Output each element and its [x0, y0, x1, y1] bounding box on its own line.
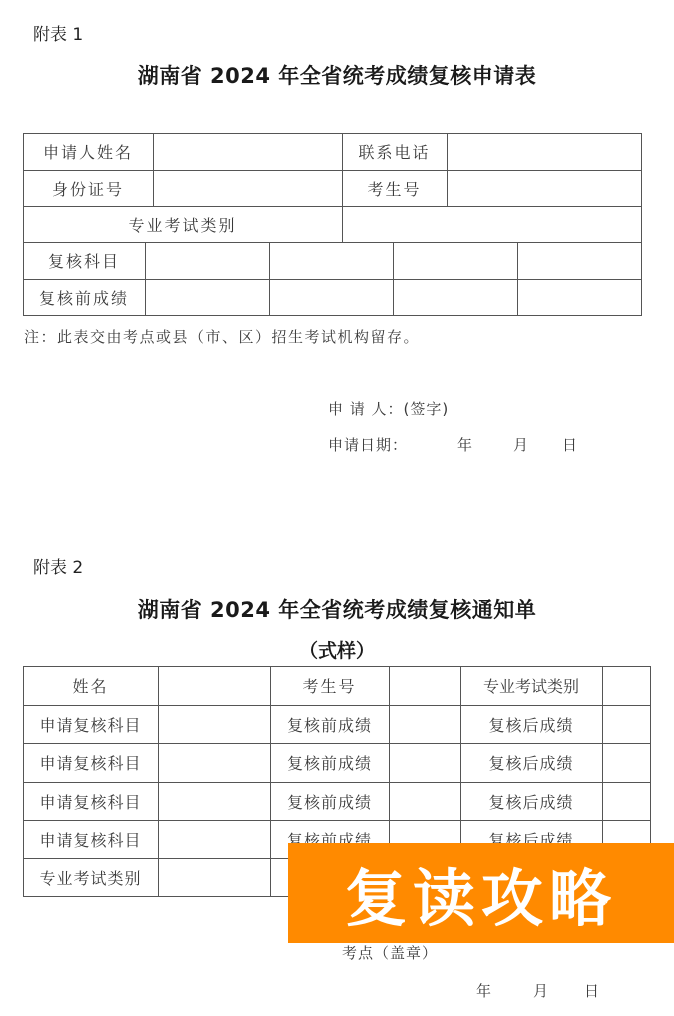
notice-date-year: 年: [476, 980, 492, 1001]
notice-name-field[interactable]: [159, 667, 270, 705]
notice-pre-score-label: 复核前成绩: [270, 782, 389, 820]
notice-review-subject-label: 申请复核科目: [23, 705, 158, 743]
notice-name-label: 姓名: [23, 666, 158, 705]
notice-major-category-field[interactable]: [603, 667, 650, 705]
notice-major-category-label: 专业考试类别: [460, 666, 602, 705]
notice-review-subject-field[interactable]: [159, 706, 270, 743]
notice-pre-score-field[interactable]: [390, 783, 460, 820]
notice-last-major-category-label: 专业考试类别: [23, 858, 158, 896]
notice-date-day: 日: [584, 980, 600, 1001]
notice-review-subject-label: 申请复核科目: [23, 743, 158, 782]
notice-post-score-label: 复核后成绩: [460, 705, 602, 743]
notice-exam-number-field[interactable]: [390, 667, 460, 705]
notice-post-score-label: 复核后成绩: [460, 743, 602, 782]
exam-site-stamp-label: 考点（盖章）: [342, 942, 438, 963]
notice-pre-score-label: 复核前成绩: [270, 705, 389, 743]
notice-review-subject-field[interactable]: [159, 783, 270, 820]
notice-pre-score-label: 复核前成绩: [270, 743, 389, 782]
notice-post-score-field[interactable]: [603, 744, 650, 782]
notice-last-major-category-field[interactable]: [159, 859, 270, 896]
notice-review-subject-field[interactable]: [159, 744, 270, 782]
notice-review-subject-field[interactable]: [159, 821, 270, 858]
notice-post-score-field[interactable]: [603, 783, 650, 820]
notice-exam-number-label: 考生号: [270, 666, 389, 705]
notice-post-score-label: 复核后成绩: [460, 782, 602, 820]
notice-post-score-field[interactable]: [603, 706, 650, 743]
notice-review-subject-label: 申请复核科目: [23, 820, 158, 858]
watermark-banner: 复读攻略: [288, 843, 674, 943]
notice-pre-score-field[interactable]: [390, 744, 460, 782]
notice-date-month: 月: [533, 980, 549, 1001]
notice-pre-score-field[interactable]: [390, 706, 460, 743]
form2-table: 姓名 考生号 专业考试类别 申请复核科目 复核前成绩 复核后成绩 申请复核科目 …: [0, 0, 674, 900]
notice-review-subject-label: 申请复核科目: [23, 782, 158, 820]
